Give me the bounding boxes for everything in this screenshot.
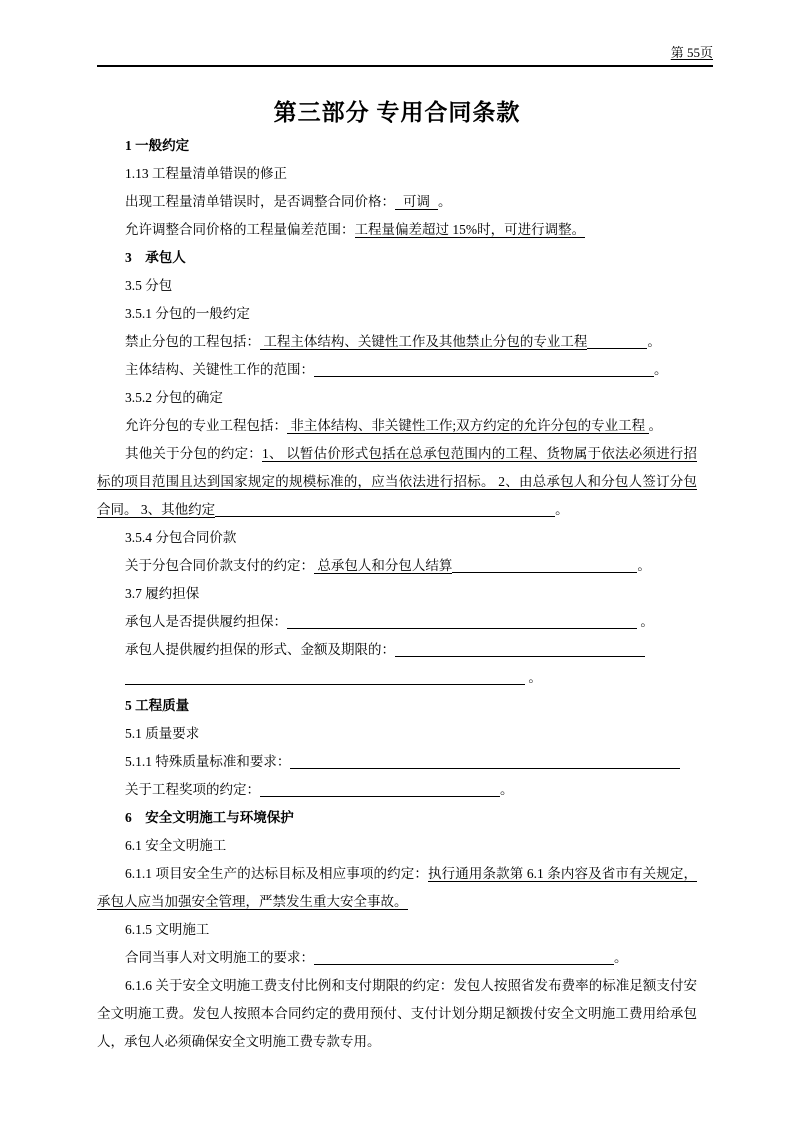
blank-underline — [260, 783, 500, 797]
clause-1-13-heading: 1.13 工程量清单错误的修正 — [97, 160, 697, 188]
section-3-heading: 3 承包人 — [97, 244, 697, 272]
sentence-period: 。 — [555, 502, 569, 517]
clause-special-quality: 5.1.1 特殊质量标准和要求： — [97, 748, 697, 776]
field-label: 承包人提供履约担保的形式、金额及期限的： — [125, 642, 395, 657]
blank-underline — [395, 643, 645, 657]
clause-allowed-subcontract: 允许分包的专业工程包括： 非主体结构、非关键性工作;双方约定的允许分包的专业工程… — [97, 412, 697, 440]
clause-6-1-5-heading: 6.1.5 文明施工 — [97, 916, 697, 944]
clause-3-5-heading: 3.5 分包 — [97, 272, 697, 300]
field-label: 禁止分包的工程包括： — [125, 334, 260, 349]
clause-3-5-1-heading: 3.5.1 分包的一般约定 — [97, 300, 697, 328]
section-6-heading: 6 安全文明施工与环境保护 — [97, 804, 697, 832]
field-label: 主体结构、关键性工作的范围： — [125, 362, 314, 377]
blank-underline — [215, 503, 555, 517]
field-label: 关于分包合同价款支付的约定： — [125, 558, 314, 573]
sentence-period: 。 — [647, 334, 661, 349]
clause-other-subcontract-terms: 其他关于分包的约定：1、 以暂估价形式包括在总承包范围内的工程、货物属于依法必须… — [97, 440, 697, 524]
clause-5-1-heading: 5.1 质量要求 — [97, 720, 697, 748]
fill-in-value: 总承包人和分包人结算 — [314, 558, 452, 574]
clause-guarantee-form-continued: 。 — [97, 664, 697, 692]
clause-civilized-construction: 合同当事人对文明施工的要求：。 — [97, 944, 697, 972]
page-number: 第 55页 — [671, 45, 713, 60]
sentence-period: 。 — [500, 782, 514, 797]
clause-3-5-4-heading: 3.5.4 分包合同价款 — [97, 524, 697, 552]
clause-deviation-range: 允许调整合同价格的工程量偏差范围：工程量偏差超过 15%时，可进行调整。 — [97, 216, 697, 244]
blank-underline — [125, 671, 525, 685]
blank-underline — [314, 363, 654, 377]
clause-subcontract-payment: 关于分包合同价款支付的约定： 总承包人和分包人结算。 — [97, 552, 697, 580]
clause-3-5-2-heading: 3.5.2 分包的确定 — [97, 384, 697, 412]
field-label: 出现工程量清单错误时，是否调整合同价格： — [125, 194, 395, 209]
sentence-period: 。 — [654, 362, 668, 377]
field-label: 承包人是否提供履约担保： — [125, 614, 287, 629]
sentence-period: 。 — [637, 614, 654, 629]
page-header: 第 55页 — [97, 44, 713, 67]
clause-3-7-heading: 3.7 履约担保 — [97, 580, 697, 608]
document-body: 1 一般约定 1.13 工程量清单错误的修正 出现工程量清单错误时，是否调整合同… — [97, 132, 697, 1056]
field-label: 合同当事人对文明施工的要求： — [125, 950, 314, 965]
clause-price-adjust: 出现工程量清单错误时，是否调整合同价格：可调。 — [97, 188, 697, 216]
document-page: 第 55页 第三部分 专用合同条款 1 一般约定 1.13 工程量清单错误的修正… — [0, 0, 793, 1122]
clause-safety-fee-payment: 6.1.6 关于安全文明施工费支付比例和支付期限的约定：发包人按照省发布费率的标… — [97, 972, 697, 1056]
sentence-period: 。 — [525, 670, 542, 685]
clause-structure-scope: 主体结构、关键性工作的范围：。 — [97, 356, 697, 384]
clause-project-award: 关于工程奖项的约定：。 — [97, 776, 697, 804]
clause-safety-production: 6.1.1 项目安全生产的达标目标及相应事项的约定：执行通用条款第 6.1 条内… — [97, 860, 697, 916]
blank-underline — [314, 951, 614, 965]
section-1-heading: 1 一般约定 — [97, 132, 697, 160]
sentence-period: 。 — [614, 950, 628, 965]
sentence-period: 。 — [637, 558, 651, 573]
fill-in-value: 工程量偏差超过 15%时，可进行调整。 — [355, 222, 586, 238]
blank-underline — [287, 615, 637, 629]
blank-underline — [452, 559, 637, 573]
field-label: 5.1.1 特殊质量标准和要求： — [125, 754, 290, 769]
document-title: 第三部分 专用合同条款 — [97, 96, 697, 130]
clause-6-1-heading: 6.1 安全文明施工 — [97, 832, 697, 860]
blank-underline — [290, 755, 680, 769]
field-label: 允许分包的专业工程包括： — [125, 418, 287, 433]
sentence-period: 。 — [649, 418, 663, 433]
fill-in-value: 工程主体结构、关键性工作及其他禁止分包的专业工程 — [260, 334, 587, 350]
field-label: 允许调整合同价格的工程量偏差范围： — [125, 222, 355, 237]
clause-performance-guarantee: 承包人是否提供履约担保： 。 — [97, 608, 697, 636]
fill-in-value: 可调 — [395, 194, 438, 210]
field-label: 6.1.1 项目安全生产的达标目标及相应事项的约定： — [125, 866, 428, 881]
clause-forbidden-subcontract: 禁止分包的工程包括： 工程主体结构、关键性工作及其他禁止分包的专业工程。 — [97, 328, 697, 356]
blank-underline — [587, 335, 647, 349]
fill-in-value: 非主体结构、非关键性工作;双方约定的允许分包的专业工程 — [287, 418, 649, 434]
clause-guarantee-form: 承包人提供履约担保的形式、金额及期限的： — [97, 636, 697, 664]
sentence-period: 。 — [438, 194, 452, 209]
field-label: 6.1.6 关于安全文明施工费支付比例和支付期限的约定： — [125, 978, 453, 993]
field-label: 其他关于分包的约定： — [125, 446, 262, 461]
field-label: 关于工程奖项的约定： — [125, 782, 260, 797]
section-5-heading: 5 工程质量 — [97, 692, 697, 720]
